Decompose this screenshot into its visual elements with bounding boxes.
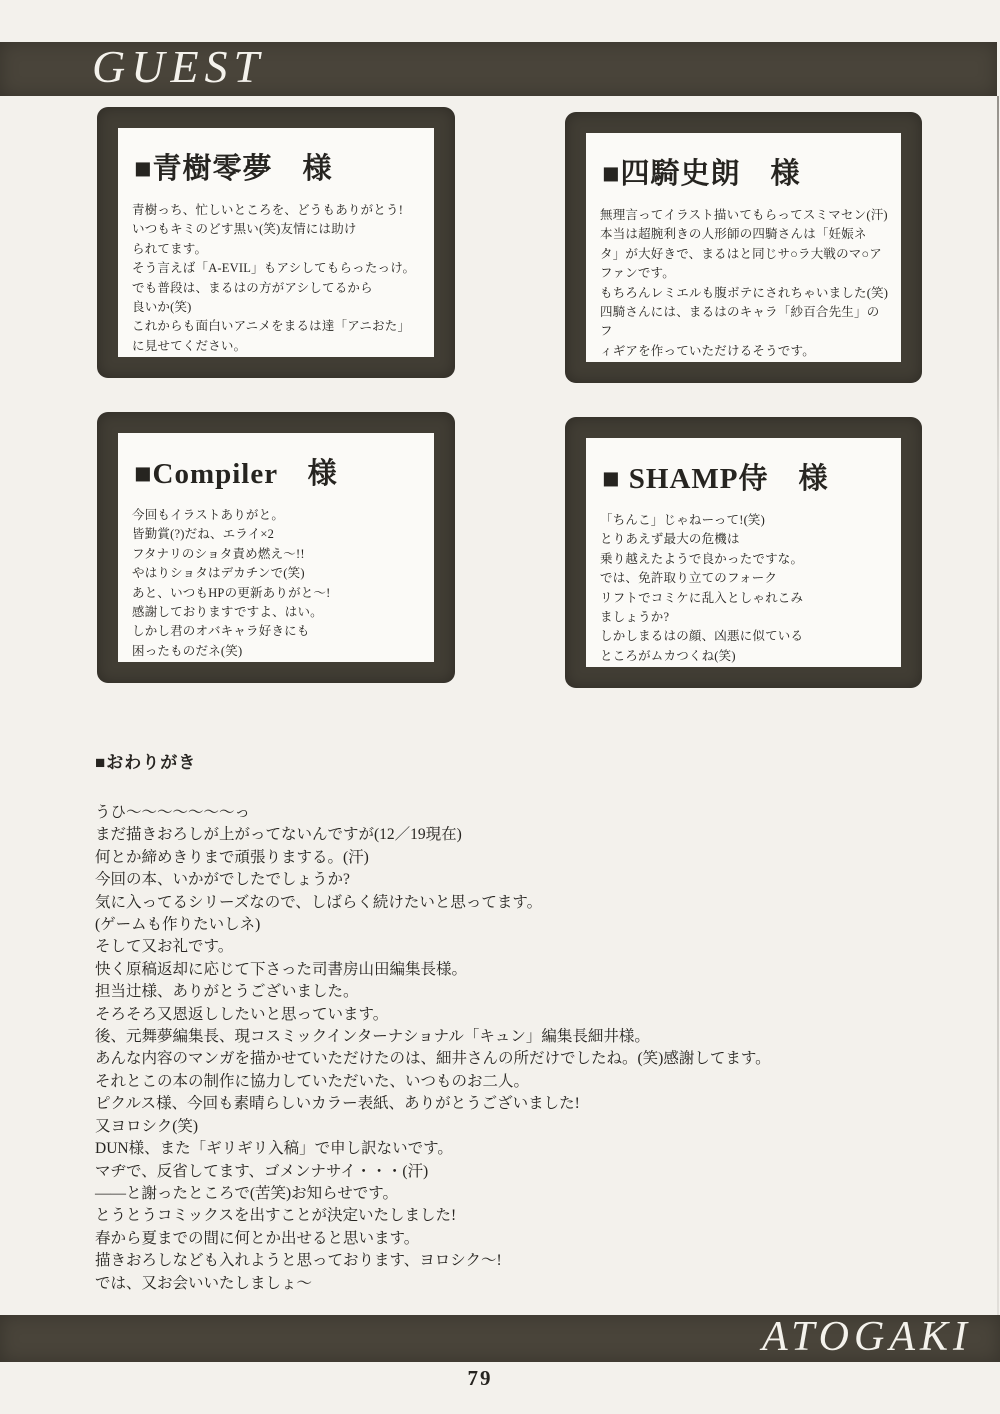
atogaki-footer-title: ATOGAKI	[762, 1316, 972, 1362]
guest-box-title: ■Compiler 様	[134, 451, 422, 492]
guest-box-shamp: ■ SHAMP侍 様 「ちんこ」じゃねーって!(笑) とりあえず最大の危機は 乗…	[565, 417, 922, 688]
guest-box-text: 青樹っち、忙しいところを、どうもありがとう! いつもキミのどす黒い(笑)友情には…	[132, 201, 422, 357]
guest-header-bar: GUEST	[0, 42, 997, 96]
afterword-section: ■おわりがき うひ〜〜〜〜〜〜〜っ まだ描きおろしが上がってないんですが(12／…	[95, 748, 975, 1337]
afterword-heading: ■おわりがき	[95, 748, 975, 773]
scanned-page: GUEST ■青樹零夢 様 青樹っち、忙しいところを、どうもありがとう! いつも…	[0, 0, 1000, 1414]
guest-box-inner: ■Compiler 様 今回もイラストありがと。 皆勤賞(?)だね、エライ×2 …	[118, 433, 434, 662]
guest-header-title: GUEST	[92, 44, 265, 94]
guest-box-aoki-reimu: ■青樹零夢 様 青樹っち、忙しいところを、どうもありがとう! いつもキミのどす黒…	[97, 107, 455, 378]
guest-box-text: 「ちんこ」じゃねーって!(笑) とりあえず最大の危機は 乗り越えたようで良かった…	[600, 511, 889, 667]
guest-box-text: 無理言ってイラスト描いてもらってスミマセン(汗) 本当は超腕利きの人形師の四騎さ…	[600, 206, 889, 362]
guest-box-shiki-shiro: ■四騎史朗 様 無理言ってイラスト描いてもらってスミマセン(汗) 本当は超腕利き…	[565, 112, 922, 383]
atogaki-footer-bar: ATOGAKI	[0, 1315, 1000, 1362]
guest-box-inner: ■ SHAMP侍 様 「ちんこ」じゃねーって!(笑) とりあえず最大の危機は 乗…	[586, 438, 901, 667]
guest-box-title: ■ SHAMP侍 様	[602, 456, 889, 497]
guest-box-text: 今回もイラストありがと。 皆勤賞(?)だね、エライ×2 フタナリのショタ責め燃え…	[132, 506, 422, 661]
page-number: 79	[0, 1366, 960, 1391]
guest-box-compiler: ■Compiler 様 今回もイラストありがと。 皆勤賞(?)だね、エライ×2 …	[97, 412, 455, 683]
afterword-text: うひ〜〜〜〜〜〜〜っ まだ描きおろしが上がってないんですが(12／19現在) 何…	[95, 802, 975, 1295]
scan-edge-artifact	[997, 96, 999, 1315]
guest-box-title: ■青樹零夢 様	[134, 146, 422, 187]
guest-box-inner: ■四騎史朗 様 無理言ってイラスト描いてもらってスミマセン(汗) 本当は超腕利き…	[586, 133, 901, 362]
guest-box-title: ■四騎史朗 様	[602, 151, 889, 192]
guest-box-inner: ■青樹零夢 様 青樹っち、忙しいところを、どうもありがとう! いつもキミのどす黒…	[118, 128, 434, 357]
